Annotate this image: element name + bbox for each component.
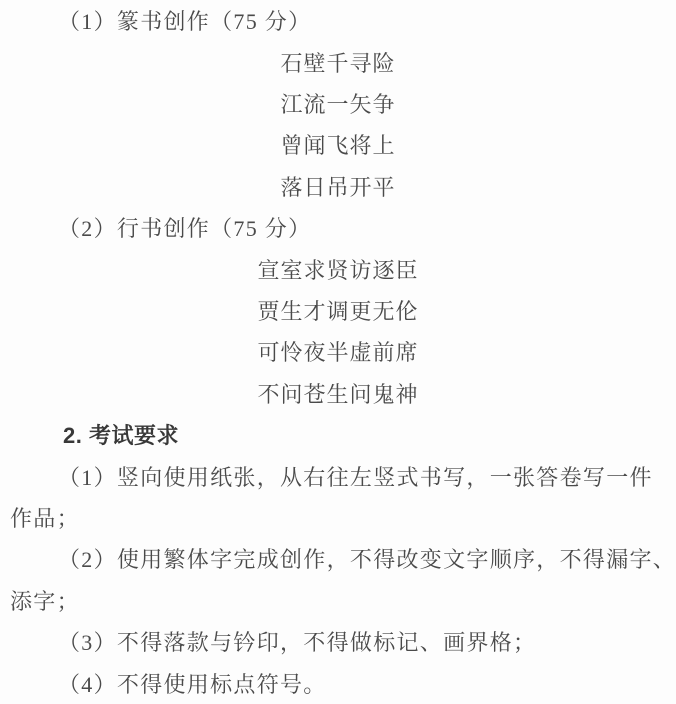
requirement-line: （4）不得使用标点符号。 [0,663,676,704]
poem-line: 落日吊开平 [0,166,676,207]
requirement-line-continuation: 作品； [0,497,676,538]
requirement-line-continuation: 添字； [0,580,676,621]
document-page: （1）篆书创作（75 分） 石壁千寻险 江流一矢争 曾闻飞将上 落日吊开平 （2… [0,0,676,704]
poem-line: 江流一矢争 [0,83,676,124]
section-heading-exam-requirements: 2. 考试要求 [0,414,676,455]
poem-line: 可怜夜半虚前席 [0,331,676,372]
requirement-line: （1）竖向使用纸张，从右往左竖式书写，一张答卷写一件 [0,455,676,496]
requirement-line: （3）不得落款与钤印，不得做标记、画界格； [0,621,676,662]
subsection-heading-seal-script: （1）篆书创作（75 分） [0,0,676,41]
poem-line: 宣室求贤访逐臣 [0,248,676,289]
poem-line: 曾闻飞将上 [0,124,676,165]
poem-line: 贾生才调更无伦 [0,290,676,331]
poem-line: 不问苍生问鬼神 [0,373,676,414]
poem-line: 石壁千寻险 [0,41,676,82]
requirement-line: （2）使用繁体字完成创作，不得改变文字顺序，不得漏字、 [0,538,676,579]
subsection-heading-running-script: （2）行书创作（75 分） [0,207,676,248]
